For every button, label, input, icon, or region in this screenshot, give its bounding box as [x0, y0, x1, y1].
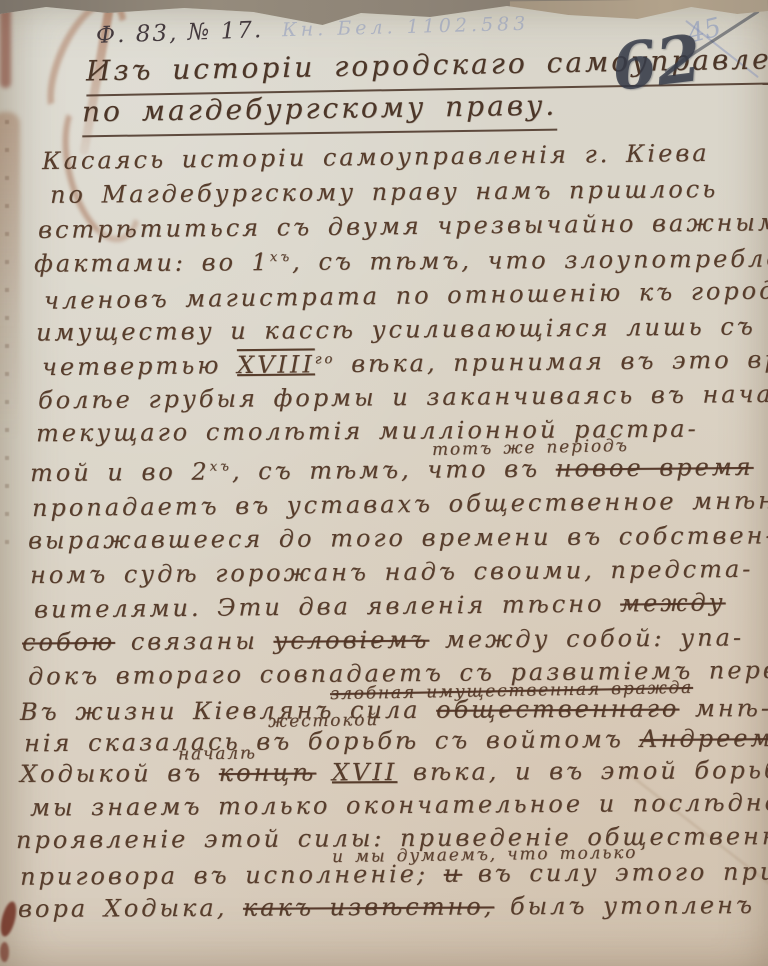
handwritten-text: нія сказалась въ борьбѣ съ войтомъ — [24, 725, 640, 757]
struck-text: новое время — [556, 453, 754, 483]
pencil-page-number: 62 — [608, 21, 706, 106]
manuscript-line: имуществу и кассѣ усиливающіяся лишь съ … — [36, 311, 768, 346]
handwritten-text: го — [315, 352, 336, 367]
ink-showthrough-specks — [5, 120, 9, 550]
struck-text: какъ извѣстно, — [243, 892, 495, 921]
handwritten-text: мы знаемъ только окончательное и послѣдн… — [30, 788, 768, 821]
handwritten-text: встрѣтиться съ двумя чрезвычайно важными — [38, 208, 768, 244]
manuscript-line: Касаясь исторіи самоуправленія г. Кіева — [42, 139, 710, 175]
manuscript-line: приговора въ исполненіе; и въ силу этого… — [20, 857, 768, 891]
manuscript-line: той и во 2хъ, съ тѣмъ, что въ новое врем… — [30, 453, 754, 487]
manuscript-line: Ходыкой въ концѣ XVII вѣка, и въ этой бо… — [20, 756, 768, 788]
handwritten-text: вителями. Эти два явленія тѣсно — [34, 589, 620, 623]
ink-spot — [0, 942, 9, 962]
struck-text: собою — [22, 628, 115, 657]
handwritten-text: вора Ходыка, — [18, 894, 243, 923]
handwritten-text: мнѣ- — [679, 694, 768, 722]
manuscript-line: вителями. Эти два явленія тѣсно между — [34, 588, 726, 623]
manuscript-line: по Магдебургскому праву намъ пришлось — [50, 175, 718, 209]
struck-text: условіемъ — [273, 626, 429, 655]
handwritten-text: приговора въ исполненіе; — [20, 860, 444, 891]
handwritten-text: связаны — [115, 627, 274, 656]
handwritten-text: былъ утопленъ — [494, 891, 755, 920]
struck-text: Андреемъ — [639, 724, 768, 753]
manuscript-line: болѣе грубыя формы и заканчиваясь въ нач… — [38, 380, 768, 415]
manuscript-line: четвертью XVIIIго вѣка, принимая въ это … — [42, 345, 768, 381]
manuscript-line: номъ судѣ горожанъ надъ своими, предста- — [30, 555, 754, 589]
archive-fond-mark: Ф. 83, № 17. — [96, 17, 264, 49]
manuscript-photo: Ф. 83, № 17. Кн. Бел. 1102.583 45 Изъ ис… — [0, 0, 768, 966]
handwritten-text: пропадаетъ въ уставахъ общественное мнѣн… — [32, 486, 768, 522]
struck-text: концѣ — [219, 759, 317, 788]
handwritten-text: , съ тѣмъ, что въ — [232, 455, 556, 486]
handwritten-text: четвертью — [42, 351, 237, 381]
handwritten-text: фактами: во 1 — [34, 248, 270, 278]
manuscript-line: вора Ходыка, какъ извѣстно, былъ утоплен… — [18, 891, 755, 923]
manuscript-line: мы знаемъ только окончательное и послѣдн… — [30, 788, 768, 821]
handwritten-text: , съ тѣмъ, что злоупотребленія — [292, 244, 768, 276]
left-edge-stain — [0, 112, 20, 442]
manuscript-page: Ф. 83, № 17. Кн. Бел. 1102.583 45 Изъ ис… — [0, 0, 768, 966]
ink-spot — [0, 900, 19, 938]
manuscript-line: Въ жизни Кіевлянъ сила общественнаго мнѣ… — [20, 694, 768, 726]
struck-text: общественнаго — [436, 695, 679, 724]
handwritten-text: XVIII — [237, 350, 315, 379]
manuscript-line: нія сказалась въ борьбѣ съ войтомъ Андре… — [24, 723, 768, 758]
handwritten-text: вѣка, принимая въ это время — [335, 345, 768, 378]
handwritten-text: между собой: упа- — [429, 623, 744, 653]
manuscript-line: фактами: во 1хъ, съ тѣмъ, что злоупотреб… — [34, 244, 768, 278]
handwritten-text: хъ — [270, 250, 292, 265]
manuscript-line: встрѣтиться съ двумя чрезвычайно важными — [38, 208, 768, 244]
handwritten-text: въ силу этого приго- — [462, 857, 768, 888]
handwritten-text: той и во 2 — [30, 458, 210, 488]
handwritten-text: хъ — [210, 459, 232, 474]
handwritten-text: XVII — [332, 758, 398, 786]
manuscript-line: собою связаны условіемъ между собой: упа… — [22, 623, 744, 656]
manuscript-line: пропадаетъ въ уставахъ общественное мнѣн… — [32, 486, 768, 522]
handwritten-text: номъ судѣ горожанъ надъ своими, предста- — [30, 555, 754, 589]
handwritten-text: болѣе грубыя формы и заканчиваясь въ нач… — [38, 380, 768, 415]
handwritten-text: имуществу и кассѣ усиливающіяся лишь съ … — [36, 311, 768, 346]
manuscript-line: выражавшееся до того времени въ собствен… — [28, 521, 768, 554]
handwritten-text: Ходыкой въ — [20, 759, 219, 788]
struck-text: между — [620, 588, 726, 617]
struck-text: и — [444, 860, 463, 888]
handwritten-text: вѣка, и въ этой борьбѣ — [397, 756, 768, 786]
manuscript-line: членовъ магистрата по отношенію къ город… — [44, 275, 768, 315]
handwritten-text: членовъ магистрата по отношенію къ город… — [44, 275, 768, 315]
handwritten-text: выражавшееся до того времени въ собствен… — [28, 521, 768, 554]
handwritten-text: по Магдебургскому праву намъ пришлось — [50, 175, 718, 209]
title-line-2: по магдебургскому праву. — [82, 89, 558, 138]
handwritten-text: Касаясь исторіи самоуправленія г. Кіева — [42, 139, 710, 175]
handwritten-text — [316, 758, 332, 786]
